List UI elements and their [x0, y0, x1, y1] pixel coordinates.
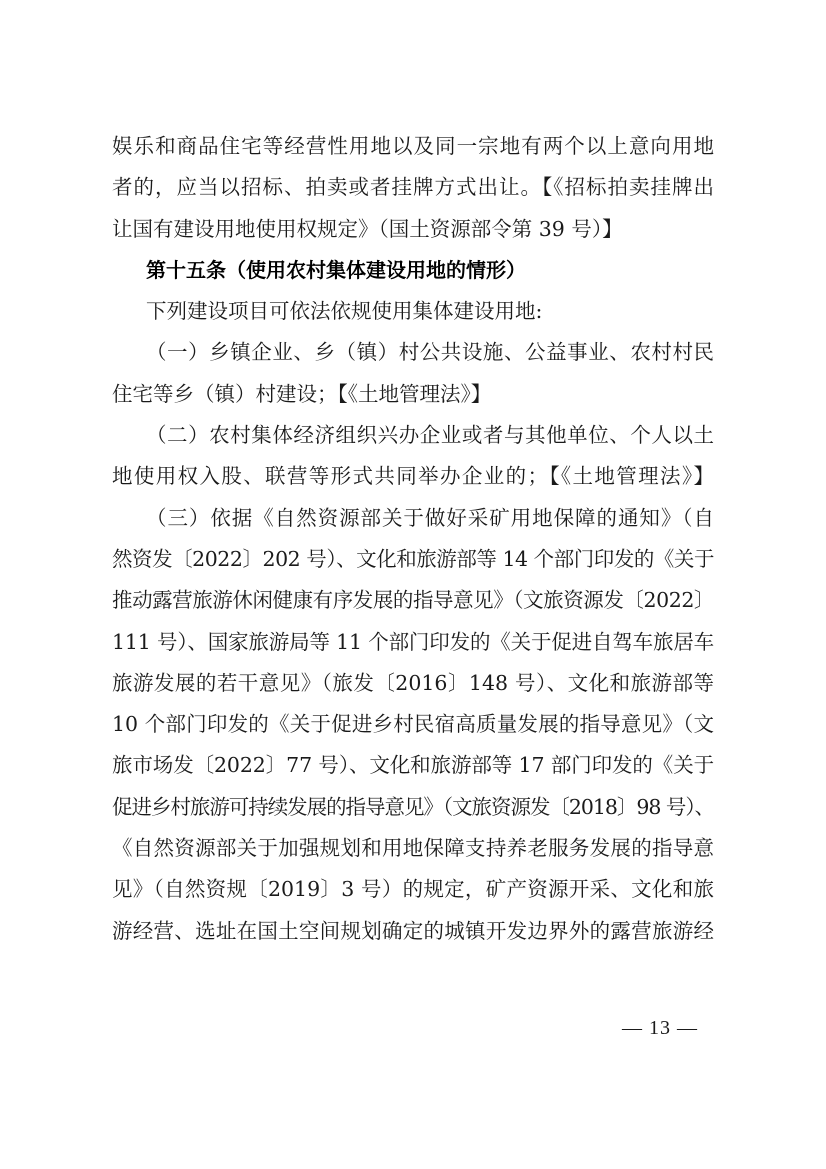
text-line: 游经营、选址在国土空间规划确定的城镇开发边界外的露营旅游经	[112, 911, 714, 952]
list-item-2: （二）农村集体经济组织兴办企业或者与其他单位、个人以土	[112, 415, 714, 456]
text-line: 促进乡村旅游可持续发展的指导意见》（文旅资源发〔2018〕98 号）、	[112, 787, 714, 828]
text-line: 让国有建设用地使用权规定》（国土资源部令第 39 号）】	[112, 209, 714, 250]
text-line: 者的，应当以招标、拍卖或者挂牌方式出让。【《招标拍卖挂牌出	[112, 167, 714, 208]
list-item-3: （三）依据《自然资源部关于做好采矿用地保障的通知》（自	[112, 498, 714, 539]
text-line: 旅游发展的若干意见》（旅发〔2016〕148 号）、文化和旅游部等	[112, 663, 714, 704]
text-line: 见》（自然资规〔2019〕3 号）的规定，矿产资源开采、文化和旅	[112, 869, 714, 910]
text-line: 住宅等乡（镇）村建设；【《土地管理法》】	[112, 374, 714, 415]
text-line: 推动露营旅游休闲健康有序发展的指导意见》（文旅资源发〔2022〕	[112, 580, 714, 621]
document-page: 娱乐和商品住宅等经营性用地以及同一宗地有两个以上意向用地 者的，应当以招标、拍卖…	[0, 0, 826, 1169]
text-line: 《自然资源部关于加强规划和用地保障支持养老服务发展的指导意	[112, 828, 714, 869]
page-number: — 13 —	[622, 1017, 698, 1040]
list-item-1: （一）乡镇企业、乡（镇）村公共设施、公益事业、农村村民	[112, 332, 714, 373]
article-heading: 第十五条（使用农村集体建设用地的情形）	[112, 250, 714, 291]
text-line: 娱乐和商品住宅等经营性用地以及同一宗地有两个以上意向用地	[112, 126, 714, 167]
text-line: 111 号）、国家旅游局等 11 个部门印发的《关于促进自驾车旅居车	[112, 622, 714, 663]
text-line: 然资发〔2022〕202 号）、文化和旅游部等 14 个部门印发的《关于	[112, 539, 714, 580]
text-line: 10 个部门印发的《关于促进乡村民宿高质量发展的指导意见》（文	[112, 704, 714, 745]
body-text: 娱乐和商品住宅等经营性用地以及同一宗地有两个以上意向用地 者的，应当以招标、拍卖…	[112, 126, 714, 952]
text-line: 下列建设项目可依法依规使用集体建设用地:	[112, 291, 714, 332]
text-line: 地使用权入股、联营等形式共同举办企业的；【《土地管理法》】	[112, 456, 714, 497]
text-line: 旅市场发〔2022〕77 号）、文化和旅游部等 17 部门印发的《关于	[112, 745, 714, 786]
